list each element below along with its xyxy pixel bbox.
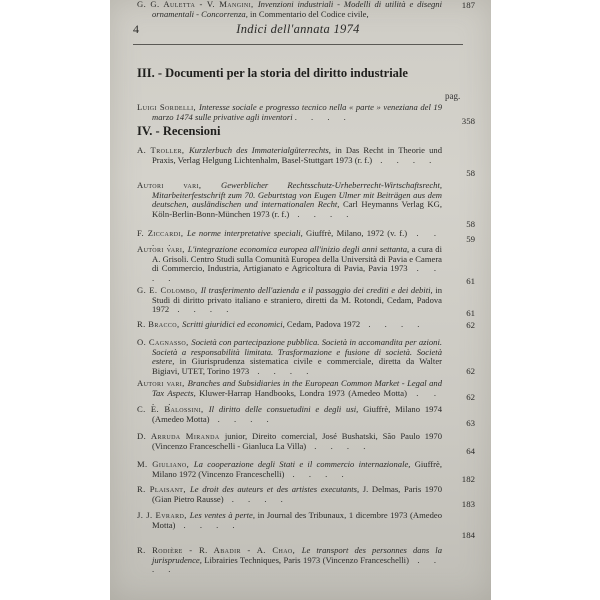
entry-title: La cooperazione degli Stati e il commerc… [194,459,415,469]
page-column-label: pag. [445,91,460,101]
entry-author: F. Ziccardi, [137,228,187,238]
leader-dots: . . . . [169,304,234,314]
entry-details: Kluwer-Harrap Handbooks, Londra 1973 (Am… [199,388,407,398]
entry-author: C. E. Balossini, [137,404,209,414]
entry-page-number: 61 [445,308,475,318]
entry-title: Kurzlerbuch des Immaterialgüterrechts, [189,145,335,155]
leader-dots: . . . . [289,209,354,219]
running-head: 4 Indici dell'annata 1974 [133,22,463,42]
entry-author: O. Cagnasso, [137,337,191,347]
entry-author: R. Rodière - R. Abadir - A. Chao, [137,545,302,555]
entry-author: M. Giuliano, [137,459,194,469]
running-title: Indici dell'annata 1974 [133,22,463,37]
entry-author: J. J. Evrard, [137,510,190,520]
leader-dots: . . . . [372,155,437,165]
leader-dots: . . . . [249,366,314,376]
index-entry: R. Bracco, Scritti giuridici ed economic… [137,320,442,330]
entry-author: G. E. Colombo, [137,285,201,295]
entry-page-number: 358 [445,116,475,126]
entry-page-number: 58 [445,219,475,229]
entry-page-number: 58 [445,168,475,178]
entry-page-number: 61 [445,276,475,286]
entry-details: in Commentario del Codice civile, [250,9,369,19]
index-entry: D. Arruda Miranda junior, Direito comerc… [137,432,442,451]
leader-dots: . . . . [284,469,349,479]
entry-author: R. Plaisant, [137,484,190,494]
entry-title: Il trasferimento dell'azienda e il passa… [201,285,436,295]
entry-author: Autori vari, [137,378,188,388]
entry-title: Les ventes à perte, [190,510,258,520]
entry-page-number: 59 [445,234,475,244]
entry-title: Scritti giuridici ed economici, [182,319,287,329]
entry-author: D. Arruda Miranda [137,431,225,441]
entry-page-number: 62 [445,366,475,376]
entry-page-number: 184 [445,530,475,540]
leader-dots: . . . . [224,494,289,504]
entry-page-number: 63 [445,418,475,428]
index-entry: A. Troller, Kurzlerbuch des Immaterialgü… [137,146,442,165]
leader-dots: . . . . [295,112,352,122]
leader-dots: . . . . [210,414,275,424]
leader-dots: . . . . [360,319,425,329]
header-rule [133,44,463,45]
entry-page-number: 64 [445,446,475,456]
index-entry: Autori vari, L'integrazione economica eu… [137,245,442,283]
index-entry: G. E. Colombo, Il trasferimento dell'azi… [137,286,442,315]
entry-details: Librairies Techniques, Paris 1973 (Vince… [204,555,409,565]
index-entry: J. J. Evrard, Les ventes à perte, in Jou… [137,511,442,530]
entry-page-number: 183 [445,499,475,509]
entry-author: Autori vari, [137,244,188,254]
entry-author: R. Bracco, [137,319,182,329]
index-entry: M. Giuliano, La cooperazione degli Stati… [137,460,442,479]
entry-page-number: 187 [445,0,475,10]
entry-title: Le droit des auteurs et des artistes exe… [190,484,363,494]
section-title-iv: IV. - Recensioni [137,124,220,139]
entry-details: Giuffrè, Milano, 1972 (v. f.) [306,228,407,238]
entry-page-number: 182 [445,474,475,484]
leader-dots: . . . . [306,441,371,451]
entry-author: Luigi Sordelli, [137,102,199,112]
index-entry: G. G. Auletta - V. Mangini, Invenzioni i… [137,0,442,19]
entry-details: Cedam, Padova 1972 [287,319,360,329]
entry-title: Il diritto delle consuetudini e degli us… [209,404,363,414]
section-title-iii: III. - Documenti per la storia del dirit… [137,66,408,81]
index-entry: R. Rodière - R. Abadir - A. Chao, Le tra… [137,546,442,575]
entry-page-number: 62 [445,320,475,330]
leader-dots: . . . . [175,520,240,530]
index-entry: Luigi Sordelli, Interesse sociale e prog… [137,103,442,122]
entry-title: L'integrazione economica europea all'ini… [188,244,412,254]
index-entry: R. Plaisant, Le droit des auteurs et des… [137,485,442,504]
entry-author: Autori vari, [137,180,221,190]
index-entry: C. E. Balossini, Il diritto delle consue… [137,405,442,424]
index-entry: O. Cagnasso, Società con partecipazione … [137,338,442,376]
index-entry: Autori vari, Gewerblicher Rechtsschutz-U… [137,181,442,219]
entry-author: A. Troller, [137,145,189,155]
entry-page-number: 62 [445,392,475,402]
entry-title: Le norme interpretative speciali, [187,228,306,238]
